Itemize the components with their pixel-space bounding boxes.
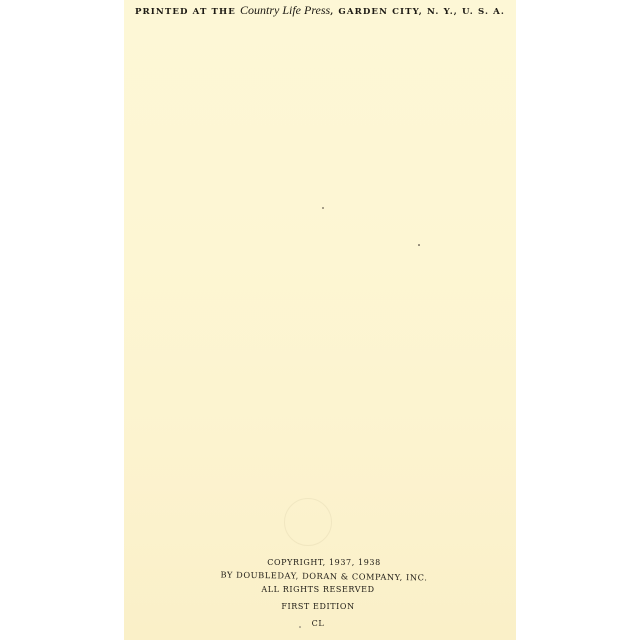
edition-statement: FIRST EDITION: [124, 602, 514, 611]
paper-speck: [322, 207, 324, 209]
show-through-text: [124, 130, 516, 151]
book-page: PRINTED AT THE Country Life Press, GARDE…: [124, 0, 516, 640]
copyright-publisher: BY DOUBLEDAY, DORAN & COMPANY, INC.: [128, 568, 516, 583]
copyright-years: COPYRIGHT, 1937, 1938: [128, 558, 516, 567]
copyright-block: COPYRIGHT, 1937, 1938 BY DOUBLEDAY, DORA…: [124, 558, 516, 628]
press-name: Country Life Press: [240, 3, 330, 17]
publisher-emblem-show-through: [284, 498, 332, 546]
printer-imprint: PRINTED AT THE Country Life Press, GARDE…: [124, 3, 516, 18]
rights-reserved: ALL RIGHTS RESERVED: [124, 585, 514, 594]
imprint-prefix: PRINTED AT THE: [135, 7, 240, 17]
printing-code: CL: [124, 619, 514, 628]
imprint-suffix: , GARDEN CITY, N. Y., U. S. A.: [330, 7, 505, 17]
show-through-text: [124, 30, 516, 46]
show-through-text: [124, 60, 516, 80]
paper-speck: [418, 244, 420, 246]
